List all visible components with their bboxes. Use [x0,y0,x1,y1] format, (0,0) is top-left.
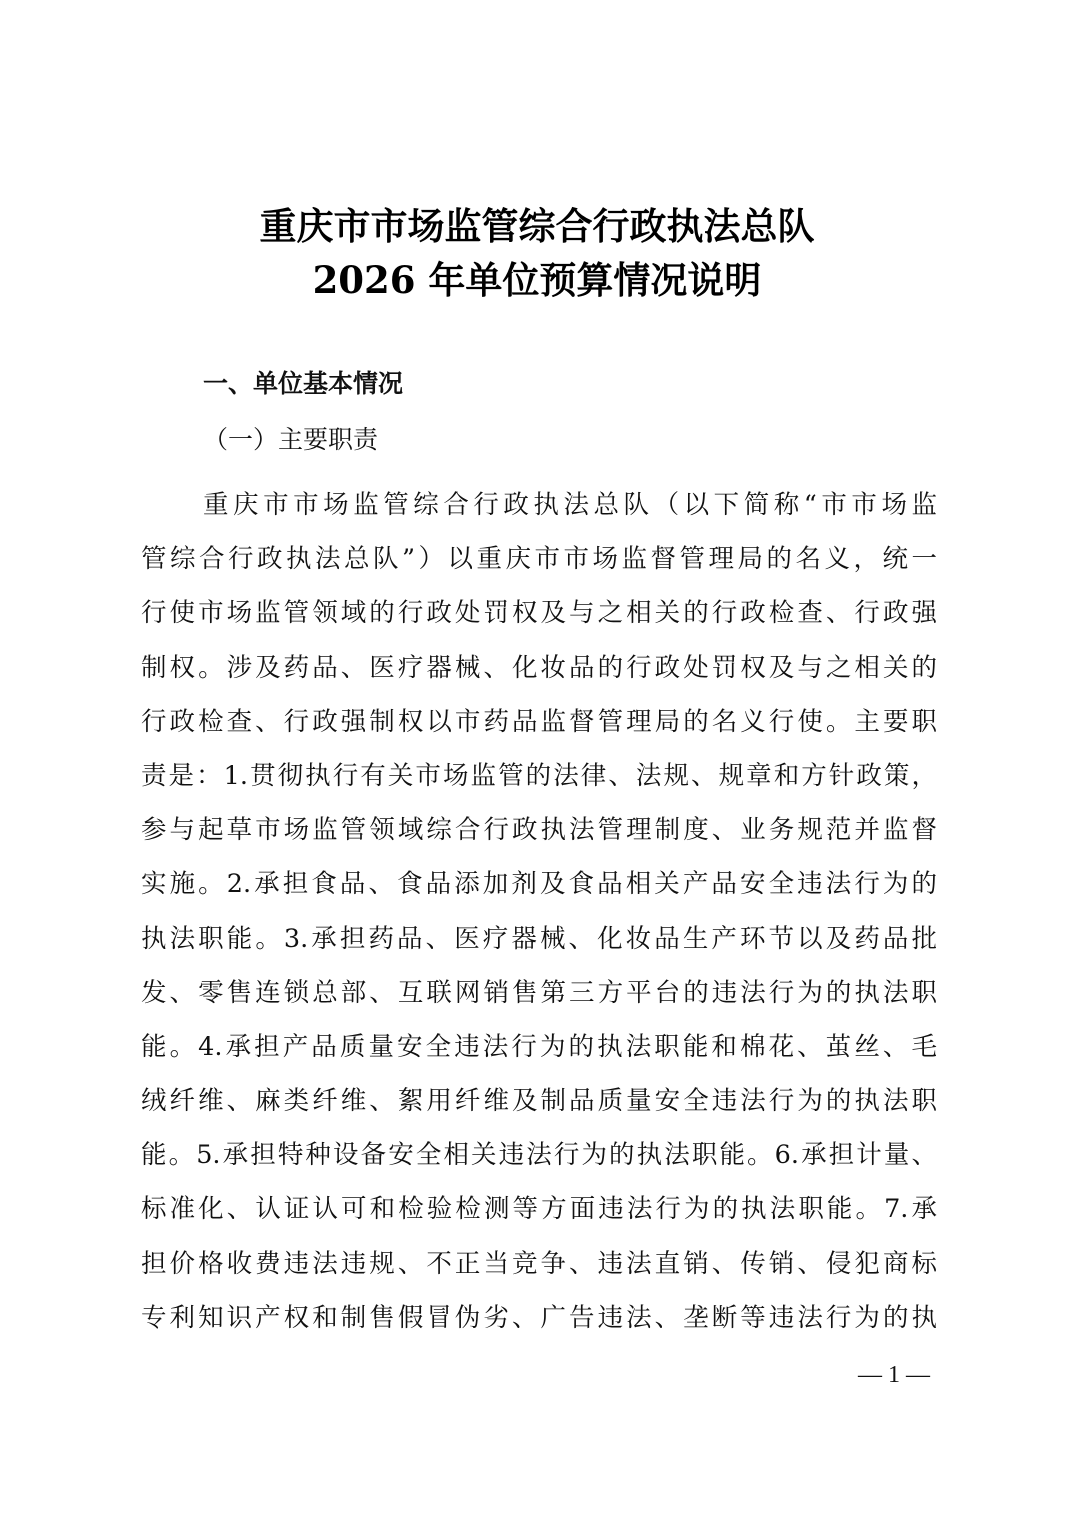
paragraph-line: 制权。涉及药品、医疗器械、化妆品的行政处罚权及与之相关的 [141,641,937,695]
paragraph-line: 标准化、认证认可和检验检测等方面违法行为的执法职能。7.承 [141,1182,937,1236]
paragraph-line: 管综合行政执法总队”）以重庆市市场监督管理局的名义，统一 [141,532,937,586]
paragraph-line: 能。4.承担产品质量安全违法行为的执法职能和棉花、茧丝、毛 [141,1020,937,1074]
document-title-line1: 重庆市市场监管综合行政执法总队 [0,196,1074,250]
paragraph-line: 重庆市市场监管综合行政执法总队（以下简称“市市场监 [141,478,937,532]
page-number: — 1 — [858,1362,930,1389]
paragraph-line: 实施。2.承担食品、食品添加剂及食品相关产品安全违法行为的 [141,857,937,911]
paragraph-line: 行使市场监管领域的行政处罚权及与之相关的行政检查、行政强 [141,586,937,640]
paragraph-line: 执法职能。3.承担药品、医疗器械、化妆品生产环节以及药品批 [141,912,937,966]
subsection-heading: （一）主要职责 [203,420,378,456]
paragraph-line: 担价格收费违法违规、不正当竞争、违法直销、传销、侵犯商标 [141,1237,937,1291]
paragraph-line: 能。5.承担特种设备安全相关违法行为的执法职能。6.承担计量、 [141,1128,937,1182]
paragraph-line: 参与起草市场监管领域综合行政执法管理制度、业务规范并监督 [141,803,937,857]
section-heading: 一、单位基本情况 [203,364,403,400]
paragraph-line: 发、零售连锁总部、互联网销售第三方平台的违法行为的执法职 [141,966,937,1020]
paragraph-line: 行政检查、行政强制权以市药品监督管理局的名义行使。主要职 [141,695,937,749]
document-title-line2: 2026 年单位预算情况说明 [0,250,1074,304]
paragraph-line: 绒纤维、麻类纤维、絮用纤维及制品质量安全违法行为的执法职 [141,1074,937,1128]
paragraph-line: 专利知识产权和制售假冒伪劣、广告违法、垄断等违法行为的执 [141,1291,937,1345]
body-paragraph: 重庆市市场监管综合行政执法总队（以下简称“市市场监 管综合行政执法总队”）以重庆… [141,478,937,1345]
paragraph-line: 责是：1.贯彻执行有关市场监管的法律、法规、规章和方针政策， [141,749,937,803]
